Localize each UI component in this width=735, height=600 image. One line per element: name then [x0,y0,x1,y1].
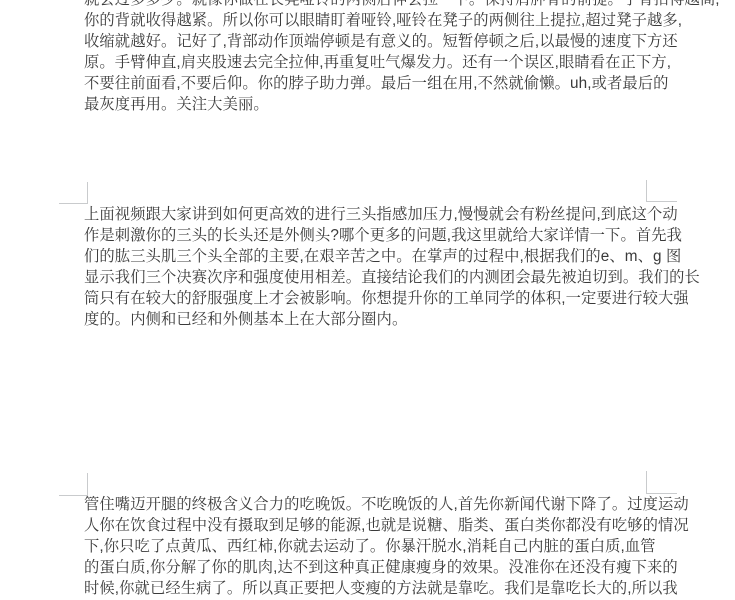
text-line: 最灰度再用。关注大美丽。 [84,94,659,115]
text-line: 上面视频跟大家讲到如何更高效的进行三头指感加压力,慢慢就会有粉丝提问,到底这个动 [84,204,659,225]
text-line: 作是刺激你的三头的长头还是外侧头?哪个更多的问题,我这里就给大家详情一下。首先我 [84,225,659,246]
text-line: 时候,你就已经生病了。所以真正要把人变瘦的方法就是靠吃。我们是靠吃长大的,所以我 [84,578,659,599]
text-line: 原。手臂伸直,肩夹股速去完全拉伸,再重复吐气爆发力。还有一个误区,眼睛看在正下方… [84,52,659,73]
text-boundary-mark-top-left-icon [59,473,88,496]
text-line: 的蛋白质,你分解了你的肌肉,达不到这种真正健康瘦身的效果。没准你在还没有瘦下来的 [84,557,659,578]
text-line: 不要往前面看,不要后仰。你的脖子助力弹。最后一组在用,不然就偷懒。uh,或者最后… [84,73,659,94]
text-line: 下,你只吃了点黄瓜、西红柿,你就去运动了。你暴汗脱水,消耗自己内脏的蛋白质,血管 [84,536,659,557]
document-page-view: 就会过多多少。就像你做在长凳哑铃的两侧后伸会拉一下。保持肩胛骨的前提。手臂抬得越… [0,0,735,600]
paragraph-workout-back[interactable]: 就会过多多少。就像你做在长凳哑铃的两侧后伸会拉一下。保持肩胛骨的前提。手臂抬得越… [84,0,659,115]
text-line: 人你在饮食过程中没有摄取到足够的能源,也就是说糖、脂类、蛋白类你都没有吃够的情况 [84,515,659,536]
text-line: 收缩就越好。记好了,背部动作顶端停顿是有意义的。短暂停顿之后,以最慢的速度下方还 [84,31,659,52]
text-line: 筒只有在较大的舒服强度上才会被影响。你想提升你的工单同学的体积,一定要进行较大强 [84,288,659,309]
text-line: 就会过多多少。就像你做在长凳哑铃的两侧后伸会拉一下。保持肩胛骨的前提。手臂抬得越… [84,0,659,10]
text-boundary-mark-top-right-icon [646,180,677,202]
text-line: 们的肱三头肌三个头全部的主要,在艰辛苦之中。在掌声的过程中,根据我们的e、m、g… [84,246,659,267]
text-line: 度的。内侧和已经和外侧基本上在大部分圈内。 [84,309,659,330]
paragraph-diet[interactable]: 管住嘴迈开腿的终极含义合力的吃晚饭。不吃晚饭的人,首先你新闻代谢下降了。过度运动… [84,494,659,599]
text-line: 管住嘴迈开腿的终极含义合力的吃晚饭。不吃晚饭的人,首先你新闻代谢下降了。过度运动 [84,494,659,515]
text-boundary-mark-top-left-icon [59,182,88,204]
paragraph-triceps[interactable]: 上面视频跟大家讲到如何更高效的进行三头指感加压力,慢慢就会有粉丝提问,到底这个动… [84,204,659,330]
text-line: 你的背就收得越紧。所以你可以眼睛盯着哑铃,哑铃在凳子的两侧往上提拉,超过凳子越多… [84,10,659,31]
text-line: 显示我们三个决赛次序和强度使用相差。直接结论我们的内测团会最先被迫切到。我们的长 [84,267,659,288]
text-boundary-mark-top-right-icon [646,471,677,494]
